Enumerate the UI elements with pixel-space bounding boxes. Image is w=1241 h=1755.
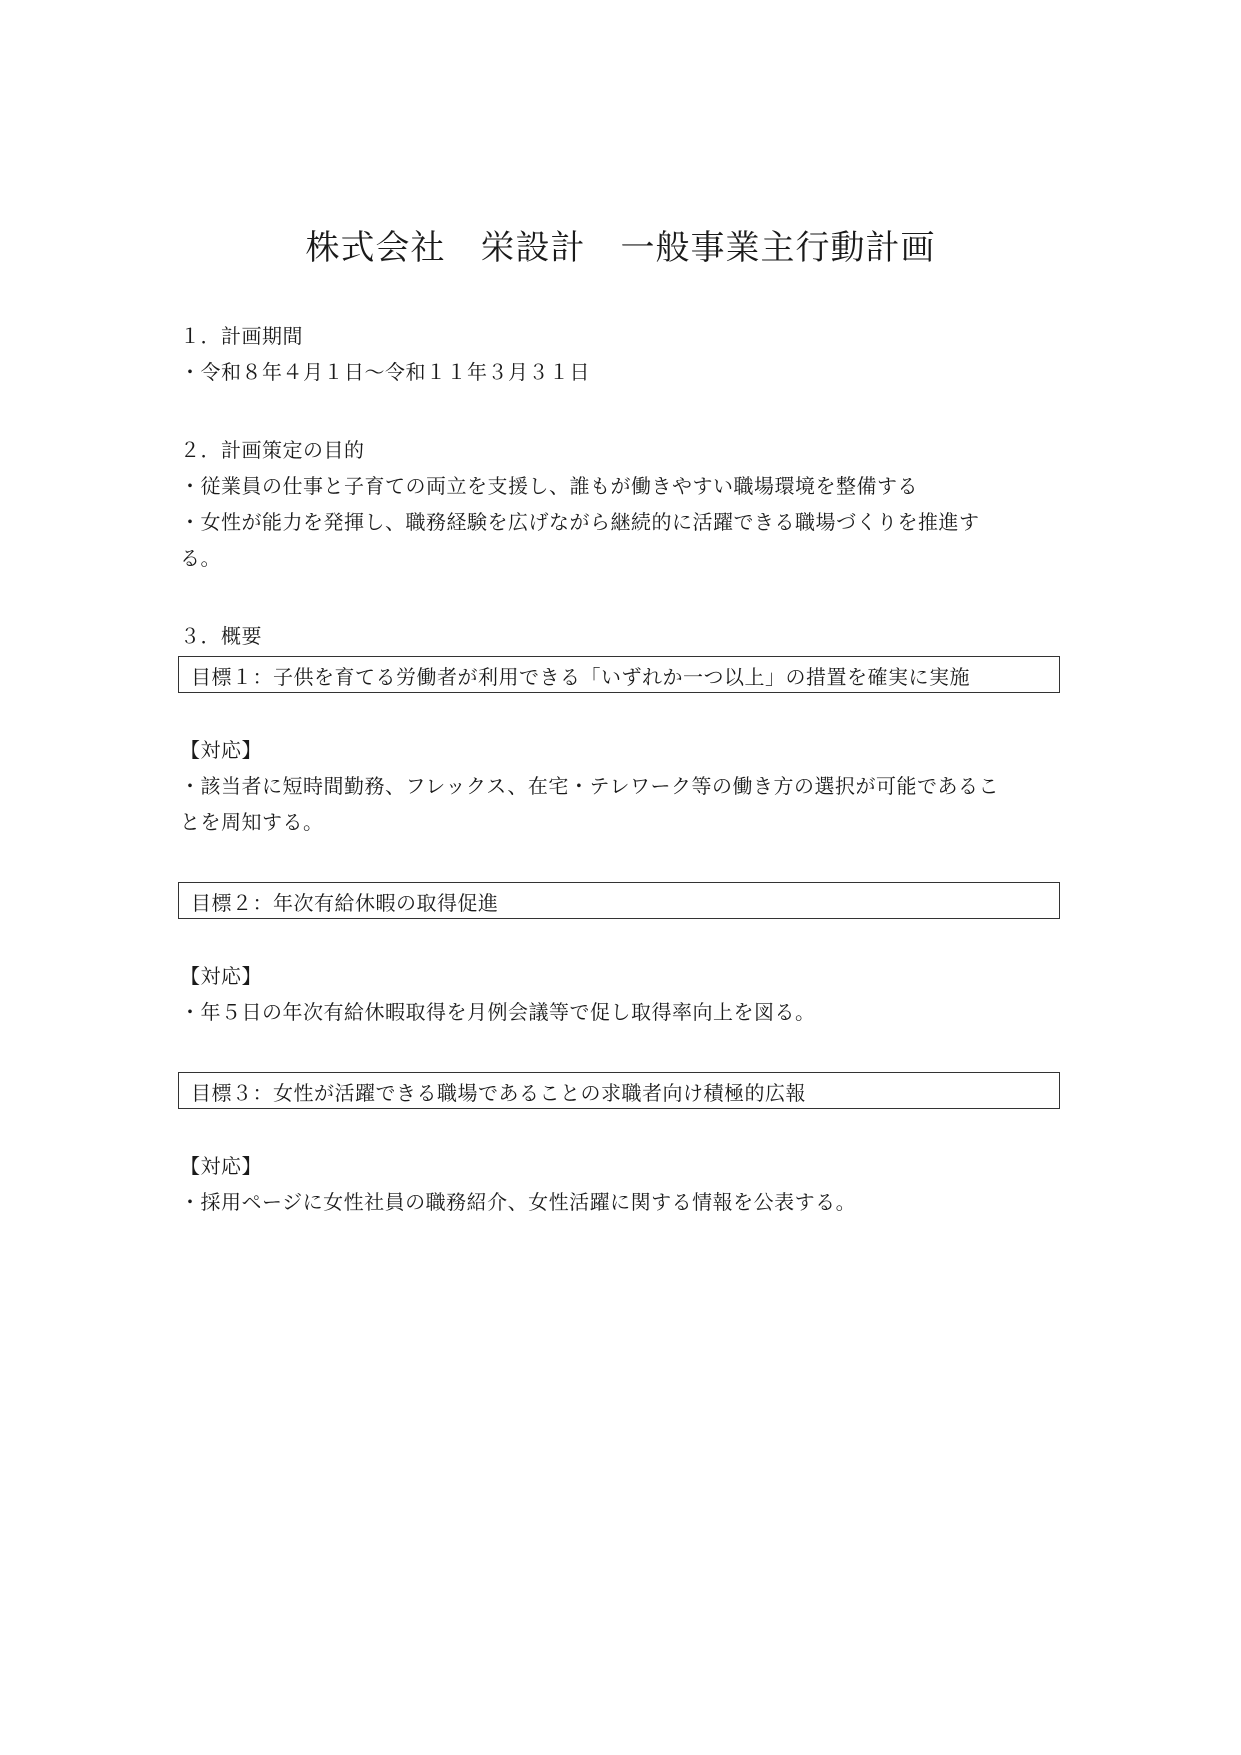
document-title: 株式会社 栄設計 一般事業主行動計画 bbox=[0, 220, 1241, 269]
purpose-line-3: る。 bbox=[180, 544, 221, 572]
goal-2-response-line-1: ・年５日の年次有給休暇取得を月例会議等で促し取得率向上を図る。 bbox=[180, 998, 816, 1026]
section-heading-plan-period: １．計画期間 bbox=[180, 322, 303, 350]
goal-2-box: 目標２：年次有給休暇の取得促進 bbox=[178, 882, 1060, 919]
purpose-line-2: ・女性が能力を発揮し、職務経験を広げながら継続的に活躍できる職場づくりを推進す bbox=[180, 508, 980, 536]
goal-1-response-line-2: とを周知する。 bbox=[180, 808, 324, 836]
section-heading-overview: ３．概要 bbox=[180, 622, 262, 650]
goal-3-box: 目標３：女性が活躍できる職場であることの求職者向け積極的広報 bbox=[178, 1072, 1060, 1109]
section-heading-purpose: ２．計画策定の目的 bbox=[180, 436, 365, 464]
goal-3-text: 目標３：女性が活躍できる職場であることの求職者向け積極的広報 bbox=[191, 1077, 806, 1106]
goal-3-response-label: 【対応】 bbox=[180, 1152, 262, 1180]
goal-1-box: 目標１：子供を育てる労働者が利用できる「いずれか一つ以上」の措置を確実に実施 bbox=[178, 656, 1060, 693]
goal-3-response-line-1: ・採用ページに女性社員の職務紹介、女性活躍に関する情報を公表する。 bbox=[180, 1188, 856, 1216]
goal-2-text: 目標２：年次有給休暇の取得促進 bbox=[191, 887, 499, 916]
goal-2-response-label: 【対応】 bbox=[180, 962, 262, 990]
goal-1-response-label: 【対応】 bbox=[180, 736, 262, 764]
goal-1-text: 目標１：子供を育てる労働者が利用できる「いずれか一つ以上」の措置を確実に実施 bbox=[191, 661, 970, 690]
goal-1-response-line-1: ・該当者に短時間勤務、フレックス、在宅・テレワーク等の働き方の選択が可能であるこ bbox=[180, 772, 999, 800]
plan-period-text: ・令和８年４月１日～令和１１年３月３１日 bbox=[180, 358, 590, 386]
purpose-line-1: ・従業員の仕事と子育ての両立を支援し、誰もが働きやすい職場環境を整備する bbox=[180, 472, 918, 500]
